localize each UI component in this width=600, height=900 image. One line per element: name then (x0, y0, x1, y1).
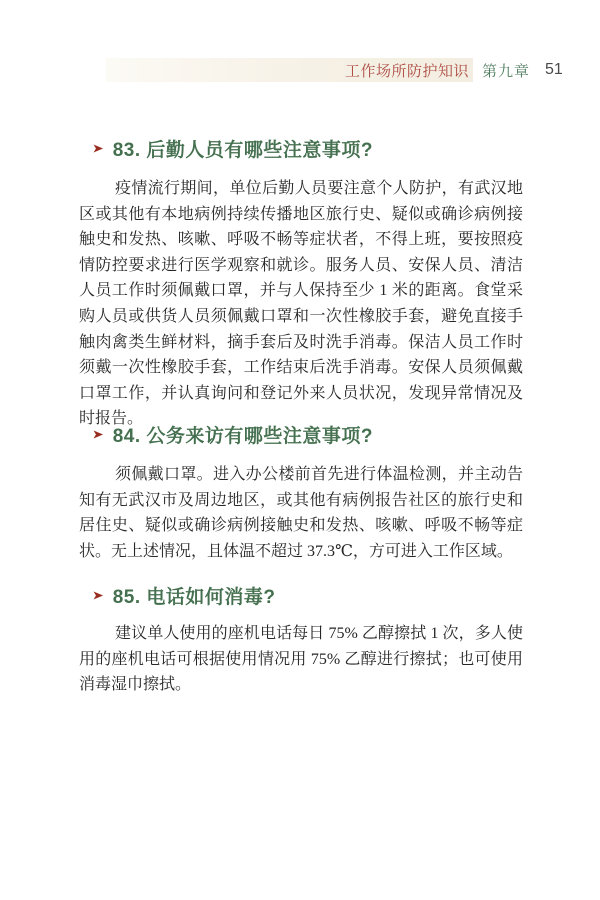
section-heading-83: ➤ 83. 后勤人员有哪些注意事项? (92, 135, 373, 162)
arrow-bullet-icon: ➤ (92, 589, 104, 602)
arrow-bullet-icon: ➤ (92, 428, 104, 441)
section-title-84: 84. 公务来访有哪些注意事项? (113, 421, 373, 448)
page-number: 51 (545, 61, 563, 79)
page-header: 工作场所防护知识 第九章 51 (106, 58, 548, 82)
header-band: 工作场所防护知识 (106, 58, 473, 82)
section-title-85: 85. 电话如何消毒? (113, 582, 276, 609)
header-chapter-label: 第九章 (482, 60, 530, 81)
header-section-title: 工作场所防护知识 (345, 60, 469, 81)
section-heading-84: ➤ 84. 公务来访有哪些注意事项? (92, 421, 373, 448)
book-page: 工作场所防护知识 第九章 51 ➤ 83. 后勤人员有哪些注意事项? 疫情流行期… (0, 0, 600, 900)
arrow-bullet-icon: ➤ (92, 142, 104, 155)
section-body-84: 须佩戴口罩。进入办公楼前首先进行体温检测，并主动告知有无武汉市及周边地区，或其他… (79, 462, 523, 564)
section-body-83: 疫情流行期间，单位后勤人员要注意个人防护，有武汉地区或其他有本地病例持续传播地区… (79, 176, 523, 432)
section-body-85: 建议单人使用的座机电话每日 75% 乙醇擦拭 1 次，多人使用的座机电话可根据使… (79, 621, 523, 698)
section-title-83: 83. 后勤人员有哪些注意事项? (113, 135, 373, 162)
section-heading-85: ➤ 85. 电话如何消毒? (92, 582, 276, 609)
